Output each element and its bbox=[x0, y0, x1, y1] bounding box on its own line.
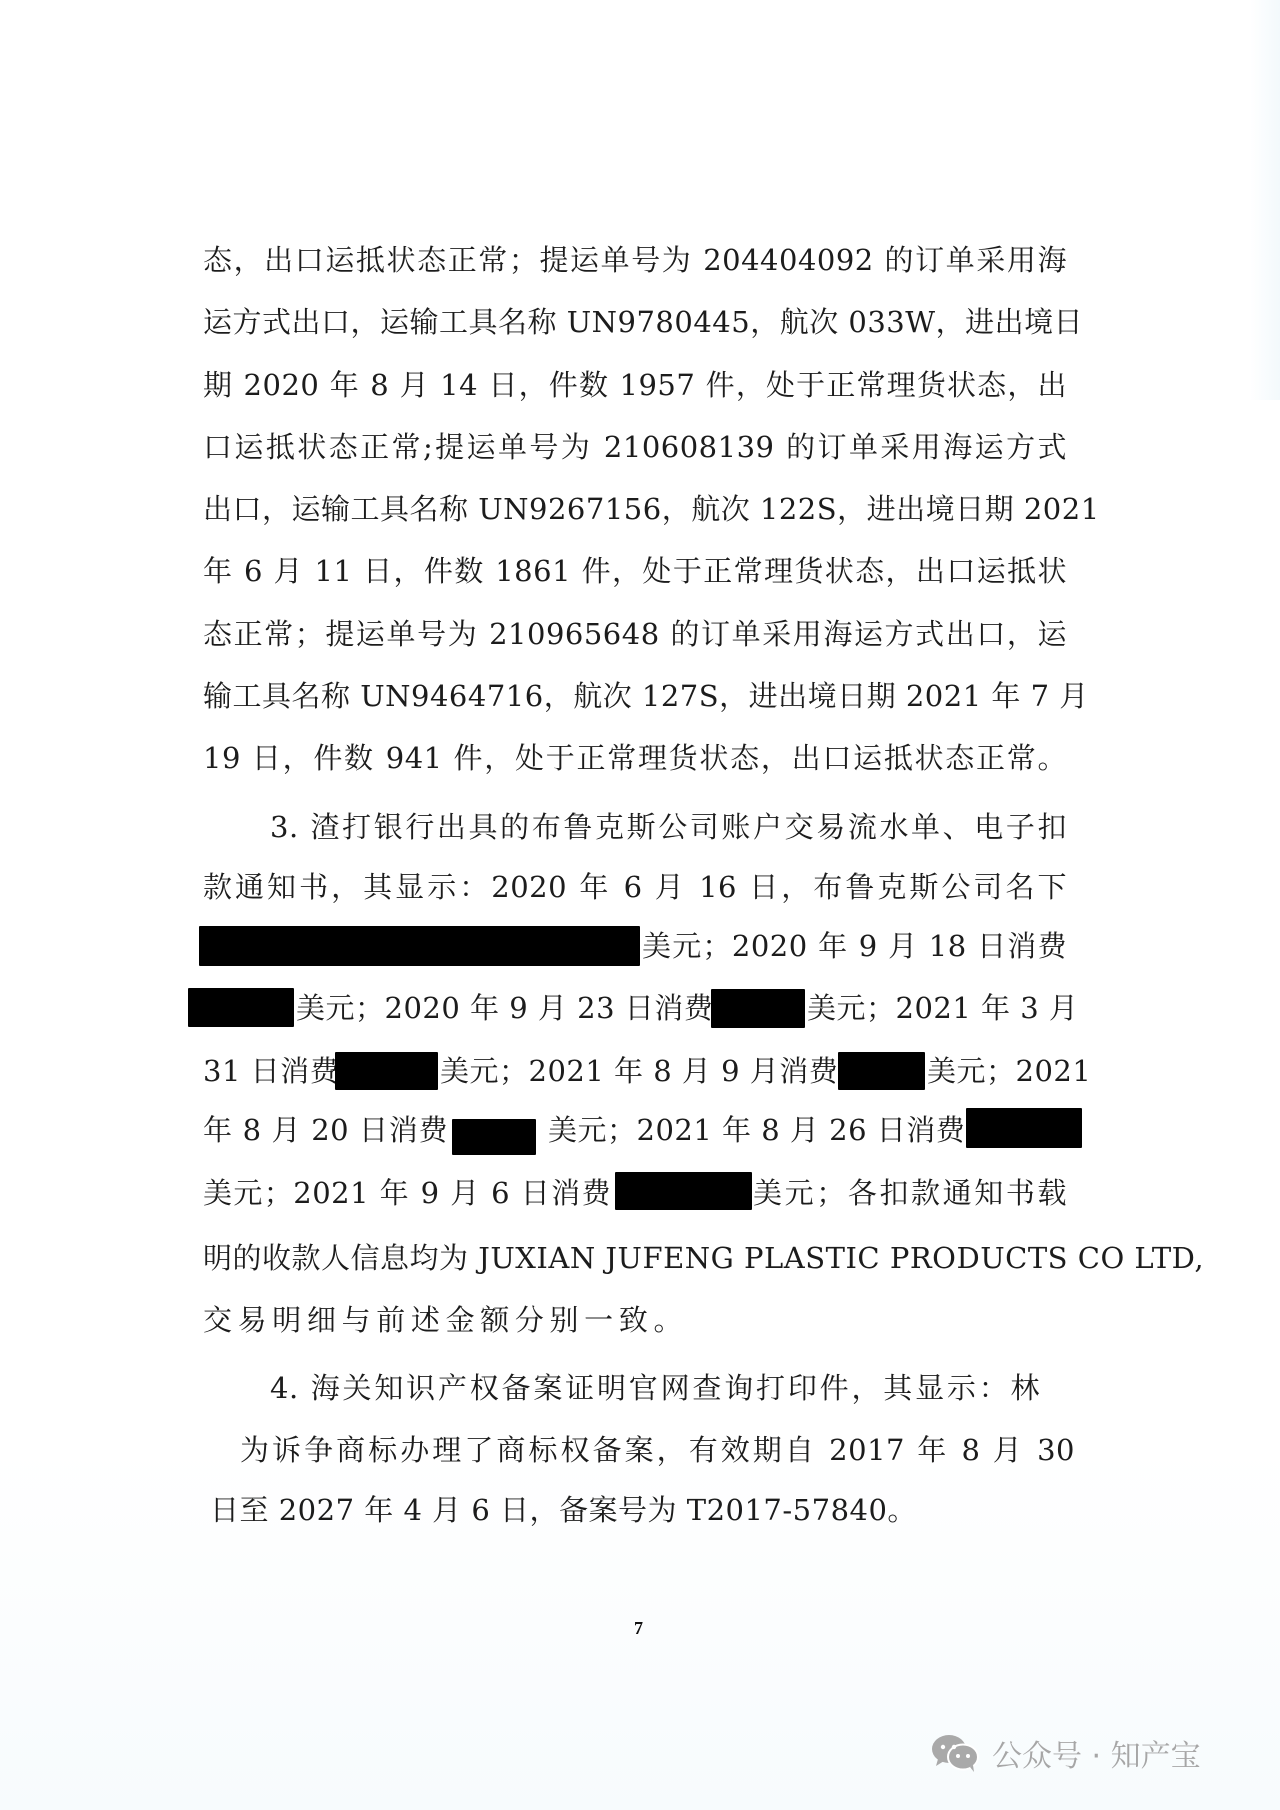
text-line: 31 日消费 bbox=[203, 1049, 333, 1093]
text-line: 美元；2021 年 9 月 6 日消费 bbox=[203, 1171, 611, 1215]
redaction-block bbox=[452, 1119, 536, 1155]
text-line: 出口，运输工具名称 UN9267156，航次 122S，进出境日期 2021 bbox=[203, 487, 1067, 531]
text-line: 美元；2021 年 8 月 9 月消费 bbox=[440, 1049, 832, 1093]
scan-edge-shading bbox=[1250, 0, 1280, 400]
redaction-block bbox=[615, 1172, 752, 1210]
wechat-icon bbox=[930, 1733, 982, 1773]
text-line: 美元；2021 年 8 月 26 日消费 bbox=[548, 1108, 958, 1152]
text-line: 美元；各扣款通知书载 bbox=[753, 1171, 1067, 1215]
text-line: 交易明细与前述金额分别一致。 bbox=[203, 1298, 683, 1342]
redaction-block bbox=[188, 988, 294, 1027]
text-line: 美元；2021 bbox=[927, 1049, 1067, 1093]
text-line: 美元；2020 年 9 月 23 日消费 bbox=[296, 986, 708, 1030]
text-line: 年 8 月 20 日消费 bbox=[203, 1108, 448, 1152]
redaction-block bbox=[199, 926, 640, 966]
text-line: 3. 渣打银行出具的布鲁克斯公司账户交易流水单、电子扣 bbox=[270, 805, 1067, 849]
text-line: 19 日，件数 941 件，处于正常理货状态，出口运抵状态正常。 bbox=[203, 736, 1067, 780]
text-line: 年 6 月 11 日，件数 1861 件，处于正常理货状态，出口运抵状 bbox=[203, 549, 1067, 593]
redaction-block bbox=[335, 1052, 438, 1090]
text-line: 为诉争商标办理了商标权备案，有效期自 2017 年 8 月 30 bbox=[240, 1428, 1075, 1472]
document-page: 态，出口运抵状态正常；提运单号为 204404092 的订单采用海运方式出口，运… bbox=[0, 0, 1280, 1810]
redaction-block bbox=[838, 1052, 925, 1090]
text-line: 日至 2027 年 4 月 6 日，备案号为 T2017-57840。 bbox=[210, 1488, 780, 1532]
page-number: 7 bbox=[634, 1618, 643, 1639]
text-line: 款通知书，其显示：2020 年 6 月 16 日，布鲁克斯公司名下 bbox=[203, 865, 1067, 909]
watermark: 公众号 · 知产宝 bbox=[930, 1733, 1201, 1773]
text-line: 输工具名称 UN9464716，航次 127S，进出境日期 2021 年 7 月 bbox=[203, 674, 1067, 718]
text-line: 明的收款人信息均为 JUXIAN JUFENG PLASTIC PRODUCTS… bbox=[203, 1236, 1081, 1280]
text-line: 运方式出口，运输工具名称 UN9780445，航次 033W，进出境日 bbox=[203, 300, 1067, 344]
text-line: 口运抵状态正常;提运单号为 210608139 的订单采用海运方式 bbox=[203, 425, 1067, 469]
text-line: 4. 海关知识产权备案证明官网查询打印件，其显示：林 bbox=[270, 1366, 1040, 1410]
text-line: 期 2020 年 8 月 14 日，件数 1957 件，处于正常理货状态，出 bbox=[203, 363, 1067, 407]
text-line: 态，出口运抵状态正常；提运单号为 204404092 的订单采用海 bbox=[203, 238, 1067, 282]
watermark-text: 公众号 · 知产宝 bbox=[992, 1731, 1201, 1775]
text-line: 美元；2020 年 9 月 18 日消费 bbox=[642, 924, 1067, 968]
redaction-block bbox=[966, 1108, 1082, 1148]
text-line: 态正常；提运单号为 210965648 的订单采用海运方式出口，运 bbox=[203, 612, 1067, 656]
redaction-block bbox=[711, 989, 805, 1028]
text-line: 美元；2021 年 3 月 bbox=[807, 986, 1067, 1030]
